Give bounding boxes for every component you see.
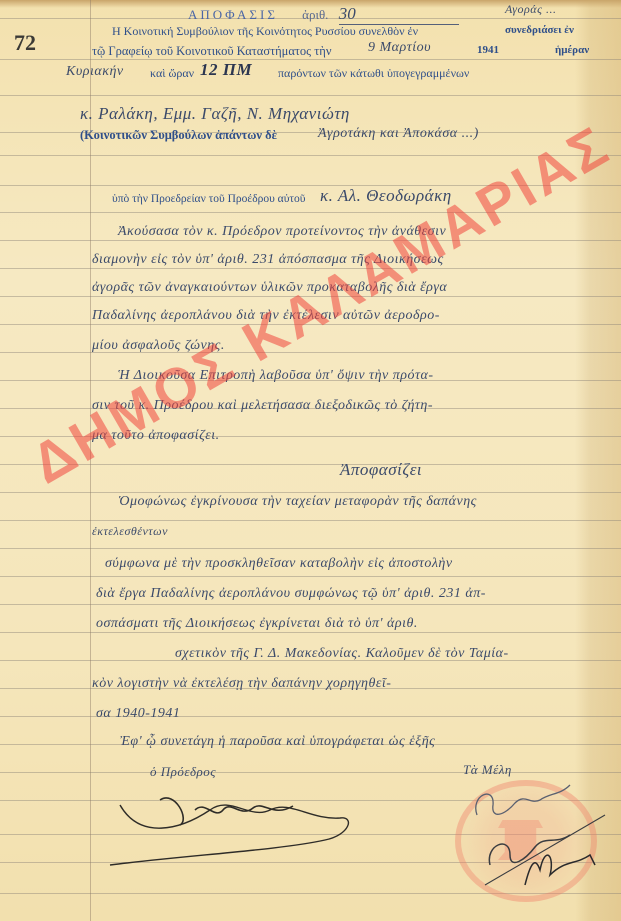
decision-line: σχετικὸν τῆς Γ. Δ. Μακεδονίας. Καλοῦμεν … — [175, 646, 509, 662]
decision-line: διὰ ἔργα Παδαλίνης ἀεροπλάνου συμφώνως τ… — [96, 586, 486, 602]
page-number: 72 — [14, 30, 36, 56]
decision-line: σύμφωνα μὲ τὴν προσκληθεῖσαν καταβολὴν ε… — [105, 556, 453, 572]
absent-line-handwritten: Ἀγροτάκη και Ἀποκάσα ...) — [318, 126, 479, 142]
form-line-1: Η Κοινοτική Συμβούλιον τῆς Κοινότητος Ρυ… — [112, 24, 418, 39]
decides-heading: Ἀποφασίζει — [340, 460, 422, 480]
ruled-line — [0, 632, 621, 633]
heading-subject-handwritten: Αγοράς ... — [505, 2, 556, 17]
absent-line-printed: (Κοινοτικῶν Συμβούλων ἀπάντων δὲ — [80, 128, 277, 143]
ruled-line — [0, 772, 621, 773]
document-page: 72 ΑΠΟΦΑΣΙΣ ἀριθ. 30 Αγοράς ... Η Κοινοτ… — [0, 0, 621, 921]
present-members-handwritten: κ. Ραλάκη, Εμμ. Γαζῆ, Ν. Μηχανιώτη — [80, 104, 350, 124]
decision-line: Ὁμοφώνως ἐγκρίνουσα τὴν ταχείαν μεταφορὰ… — [118, 494, 477, 510]
day-label: ἡμέραν — [555, 44, 589, 56]
meeting-time-handwritten: 12 ΠΜ — [200, 60, 252, 80]
ruled-line — [0, 604, 621, 605]
form-line-2: τῷ Γραφείῳ τοῦ Κοινοτικοῦ Καταστήματος τ… — [92, 44, 331, 59]
decision-line: Ἐφ' ᾧ συνετάγη ἡ παροῦσα καὶ ὑπογράφεται… — [120, 734, 435, 750]
decision-heading: ΑΠΟΦΑΣΙΣ ἀριθ. 30 — [188, 4, 459, 25]
ruled-line — [0, 240, 621, 241]
form-line-1-suffix: συνεδριάσει ἐν — [505, 24, 574, 36]
time-label: καὶ ὥραν — [150, 66, 194, 81]
ruled-line — [0, 492, 621, 493]
member-signatures-icon — [455, 775, 615, 905]
heading-label: ΑΠΟΦΑΣΙΣ — [188, 7, 278, 22]
present-members-label: παρόντων τῶν κάτωθι ὑπογεγραμμένων — [278, 66, 469, 81]
ruled-line — [0, 548, 621, 549]
meeting-date-handwritten: 9 Μαρτίου — [368, 40, 431, 56]
ruled-line — [0, 520, 621, 521]
decision-line: οσπάσματι τῆς Διοικήσεως ἐγκρίνεται διὰ … — [96, 616, 418, 632]
ruled-line — [0, 716, 621, 717]
watermark: ΔΗΜΟΣ ΚΑΛΑΜΑΡΙΑΣ — [20, 112, 621, 497]
president-label: ὁ Πρόεδρος — [150, 764, 216, 780]
meeting-day-handwritten: Κυριακήν — [66, 64, 124, 80]
ruled-line — [0, 576, 621, 577]
decision-line: ἐκτελεσθέντων — [92, 524, 168, 539]
ruled-line — [0, 59, 621, 60]
presidency-printed: ὑπὸ τὴν Προεδρείαν τοῦ Προέδρου αὐτοῦ — [112, 193, 305, 205]
meeting-year: 1941 — [477, 44, 499, 56]
decision-line: σα 1940-1941 — [96, 706, 180, 722]
ruled-line — [0, 95, 621, 96]
president-signature-icon — [100, 780, 370, 870]
decision-number: 30 — [339, 4, 459, 25]
ruled-line — [0, 268, 621, 269]
heading-number-prefix: ἀριθ. — [302, 7, 328, 22]
decision-line: κὸν λογιστὴν νὰ ἐκτελέσῃ τὴν δαπάνην χορ… — [92, 676, 391, 692]
